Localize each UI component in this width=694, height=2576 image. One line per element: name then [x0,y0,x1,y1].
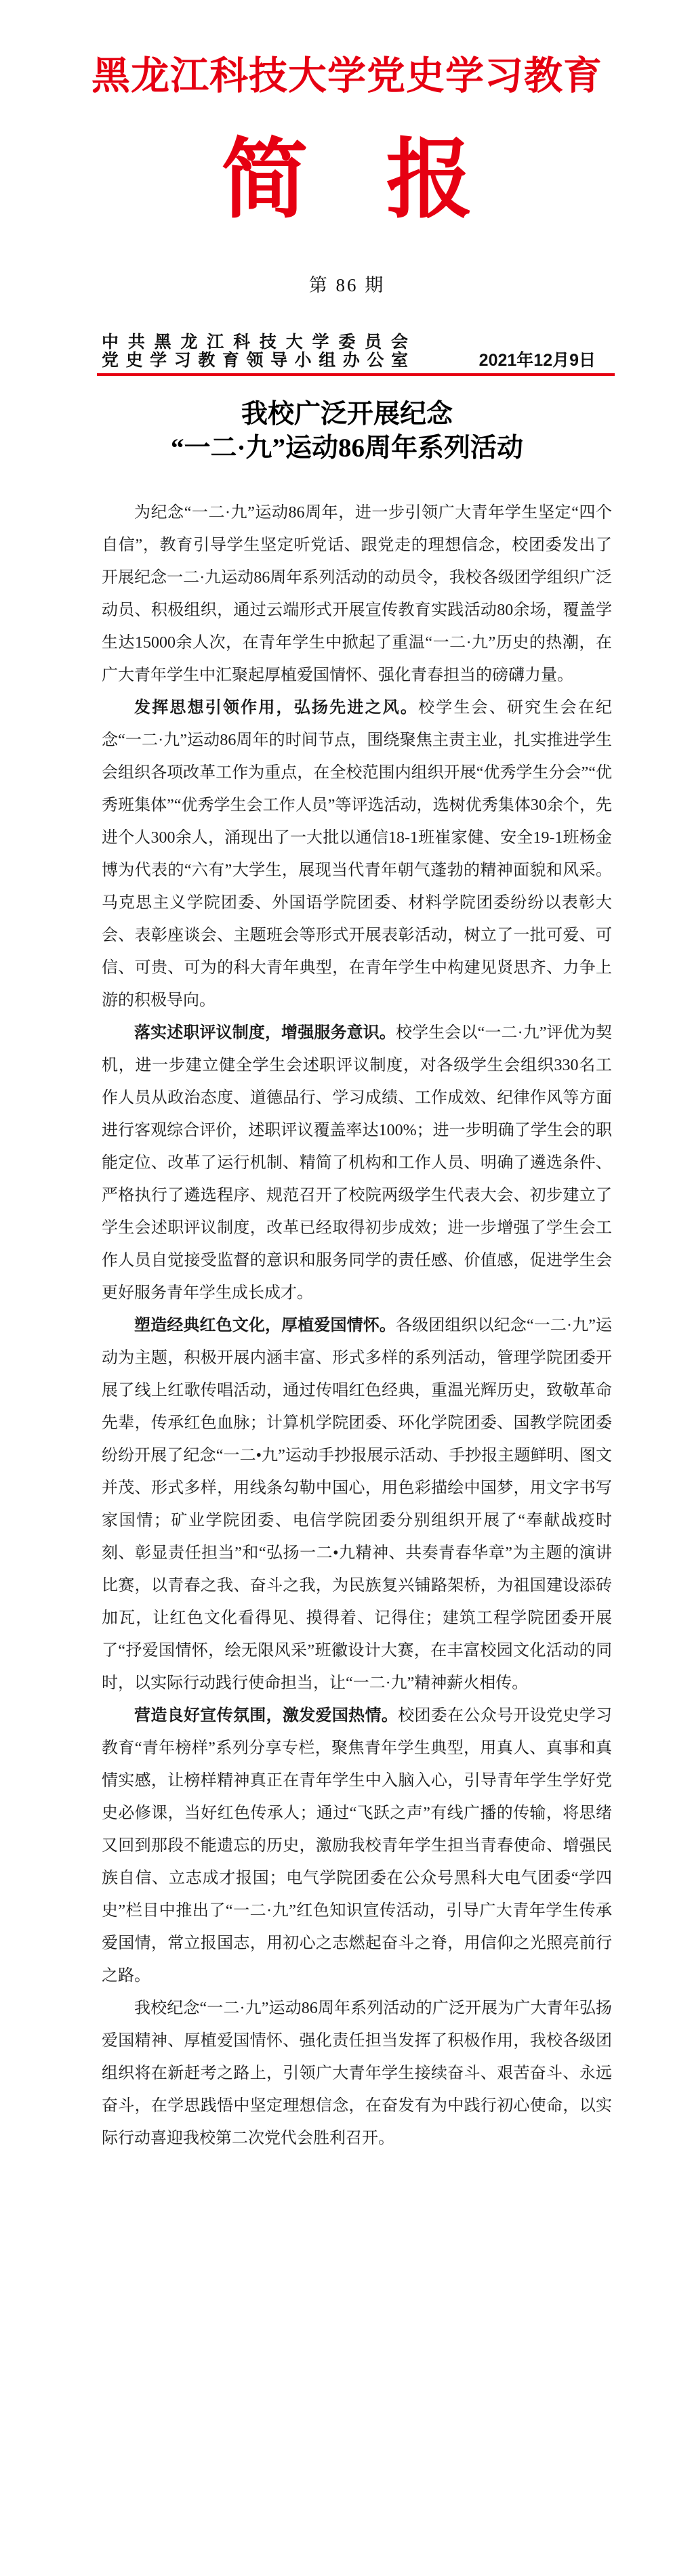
paragraph-text: 校学生会以“一二·九”评优为契机，进一步建立健全学生会述职评议制度，对各级学生会… [102,1024,612,1302]
article-title: 我校广泛开展纪念 “一二·九”运动86周年系列活动 [0,398,694,465]
paragraph-text: 我校纪念“一二·九”运动86周年系列活动的广泛开展为广大青年弘扬爱国精神、厚植爱… [102,2000,612,2147]
issuer-block: 中共黑龙江科技大学委员会 党史学习教育领导小组办公室 [102,333,408,370]
paragraph-text: 各级团组织以纪念“一二·九”运动为主题，积极开展内涵丰富、形式多样的系列活动，管… [102,1317,612,1692]
issue-date: 2021年12月9日 [479,352,596,370]
issuer-line-2: 党史学习教育领导小组办公室 [102,352,408,370]
paragraph: 为纪念“一二·九”运动86周年，进一步引领广大青年学生坚定“四个自信”，教育引导… [102,497,612,692]
bulletin-name: 简报 [0,135,694,225]
paragraph-lead: 发挥思想引领作用，弘扬先进之风。 [134,699,418,717]
bulletin-page: 黑龙江科技大学党史学习教育 简报 第 86 期 中共黑龙江科技大学委员会 党史学… [0,0,694,2576]
paragraph-lead: 塑造经典红色文化，厚植爱国情怀。 [134,1317,396,1334]
issuer-row: 中共黑龙江科技大学委员会 党史学习教育领导小组办公室 2021年12月9日 [102,333,615,370]
paragraph-text: 校团委在公众号开设党史学习教育“青年榜样”系列分享专栏，聚焦青年学生典型，用真人… [102,1707,612,1985]
paragraph: 发挥思想引领作用，弘扬先进之风。校学生会、研究生会在纪念“一二·九”运动86周年… [102,692,612,1017]
article-title-line-1: 我校广泛开展纪念 [0,398,694,431]
paragraph: 我校纪念“一二·九”运动86周年系列活动的广泛开展为广大青年弘扬爱国精神、厚植爱… [102,1992,612,2155]
paragraph-lead: 营造良好宣传氛围，激发爱国热情。 [134,1707,398,1725]
paragraph: 落实述职评议制度，增强服务意识。校学生会以“一二·九”评优为契机，进一步建立健全… [102,1017,612,1309]
paragraph: 塑造经典红色文化，厚植爱国情怀。各级团组织以纪念“一二·九”运动为主题，积极开展… [102,1309,612,1699]
paragraph-text: 校学生会、研究生会在纪念“一二·九”运动86周年的时间节点，围绕聚焦主责主业，扎… [102,699,612,1009]
red-divider-rule [97,373,615,376]
paragraph-text: 为纪念“一二·九”运动86周年，进一步引领广大青年学生坚定“四个自信”，教育引导… [102,504,612,684]
masthead-title: 黑龙江科技大学党史学习教育 [0,0,694,98]
issue-number: 第 86 期 [0,275,694,295]
paragraph: 营造良好宣传氛围，激发爱国热情。校团委在公众号开设党史学习教育“青年榜样”系列分… [102,1699,612,1992]
paragraph-lead: 落实述职评议制度，增强服务意识。 [134,1024,396,1042]
article-body: 为纪念“一二·九”运动86周年，进一步引领广大青年学生坚定“四个自信”，教育引导… [102,497,612,2155]
issuer-line-1: 中共黑龙江科技大学委员会 [102,333,408,352]
article-title-line-2: “一二·九”运动86周年系列活动 [0,431,694,465]
